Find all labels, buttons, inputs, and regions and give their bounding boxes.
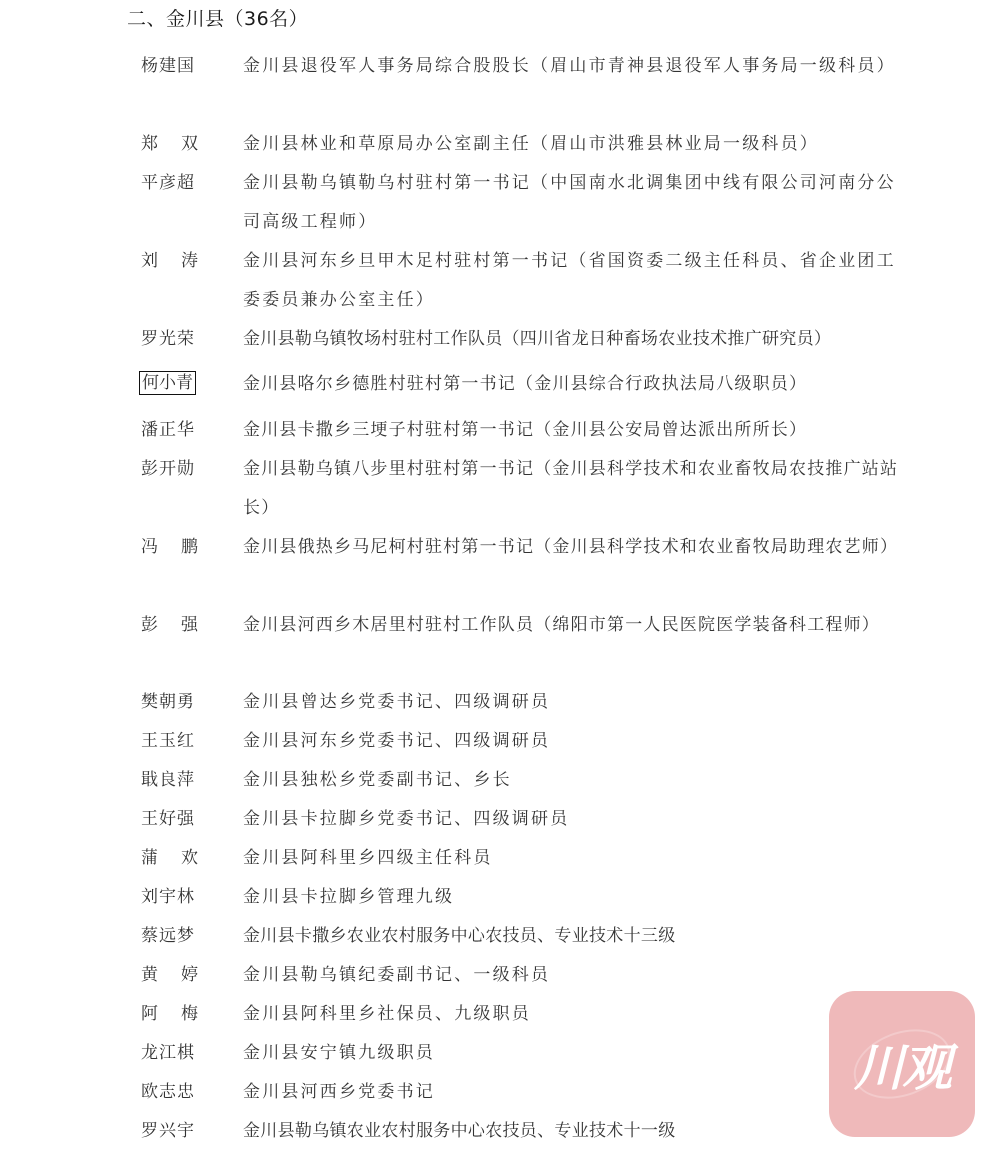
- person-name: 罗兴宇: [141, 1121, 205, 1141]
- person-position: 金川县卡撒乡农业农村服务中心农技员、专业技术十三级: [243, 917, 903, 956]
- watermark-text: 川观: [854, 1028, 950, 1100]
- person-position: 金川县卡拉脚乡管理九级: [243, 878, 903, 917]
- person-position: 金川县勒乌镇八步里村驻村第一书记（金川县科学技术和农业畜牧局农技推广站站长）: [243, 450, 903, 528]
- section-title: 二、金川县（36名）: [127, 6, 308, 32]
- person-position: 金川县卡拉脚乡党委书记、四级调研员: [243, 800, 903, 839]
- person-position: 金川县俄热乡马尼柯村驻村第一书记（金川县科学技术和农业畜牧局助理农艺师）: [243, 528, 903, 567]
- person-position: 金川县独松乡党委副书记、乡长: [243, 761, 903, 800]
- person-position: 金川县咯尔乡德胜村驻村第一书记（金川县综合行政执法局八级职员）: [243, 365, 903, 404]
- person-name: 蔡远梦: [141, 926, 205, 946]
- person-name: 王玉红: [141, 731, 205, 751]
- person-name: 蒲欢: [141, 848, 198, 868]
- person-position: 金川县勒乌镇农业农村服务中心农技员、专业技术十一级: [243, 1112, 903, 1149]
- person-position: 金川县曾达乡党委书记、四级调研员: [243, 683, 903, 722]
- person-name: 彭强: [141, 615, 198, 635]
- person-name: 杨建国: [141, 56, 205, 76]
- person-name: 王好强: [141, 809, 205, 829]
- highlighted-person-name: 何小青: [139, 371, 196, 395]
- person-position: 金川县卡撒乡三埂子村驻村第一书记（金川县公安局曾达派出所所长）: [243, 411, 903, 450]
- person-name: 戢良萍: [141, 770, 205, 790]
- person-position: 金川县勒乌镇牧场村驻村工作队员（四川省龙日种畜场农业技术推广研究员）: [243, 320, 903, 359]
- person-name: 欧志忠: [141, 1082, 205, 1102]
- person-name: 郑双: [141, 134, 198, 154]
- person-position: 金川县退役军人事务局综合股股长（眉山市青神县退役军人事务局一级科员）: [243, 47, 903, 86]
- person-position: 金川县林业和草原局办公室副主任（眉山市洪雅县林业局一级科员）: [243, 125, 903, 164]
- person-position: 金川县阿科里乡社保员、九级职员: [243, 995, 903, 1034]
- person-position: 金川县勒乌镇纪委副书记、一级科员: [243, 956, 903, 995]
- person-name: 刘涛: [141, 251, 198, 271]
- person-position: 金川县河东乡旦甲木足村驻村第一书记（省国资委二级主任科员、省企业团工委委员兼办公…: [243, 242, 903, 320]
- person-position: 金川县河东乡党委书记、四级调研员: [243, 722, 903, 761]
- person-position: 金川县阿科里乡四级主任科员: [243, 839, 903, 878]
- person-name: 平彦超: [141, 173, 205, 193]
- person-position: 金川县河西乡木居里村驻村工作队员（绵阳市第一人民医院医学装备科工程师）: [243, 606, 903, 645]
- person-name: 樊朝勇: [141, 692, 205, 712]
- person-name: 阿梅: [141, 1004, 198, 1024]
- person-position: 金川县勒乌镇勒乌村驻村第一书记（中国南水北调集团中线有限公司河南分公司高级工程师…: [243, 164, 903, 242]
- person-name: 刘宇林: [141, 887, 205, 907]
- person-name: 彭开勋: [141, 459, 205, 479]
- person-position: 金川县河西乡党委书记: [243, 1073, 903, 1112]
- person-name: 潘正华: [141, 420, 205, 440]
- person-name: 罗光荣: [141, 329, 205, 349]
- person-name: 黄婷: [141, 965, 198, 985]
- person-name: 冯鹏: [141, 537, 198, 557]
- person-position: 金川县安宁镇九级职员: [243, 1034, 903, 1073]
- chuanguan-watermark-logo: 川观: [829, 991, 975, 1137]
- person-name: 龙江棋: [141, 1043, 205, 1063]
